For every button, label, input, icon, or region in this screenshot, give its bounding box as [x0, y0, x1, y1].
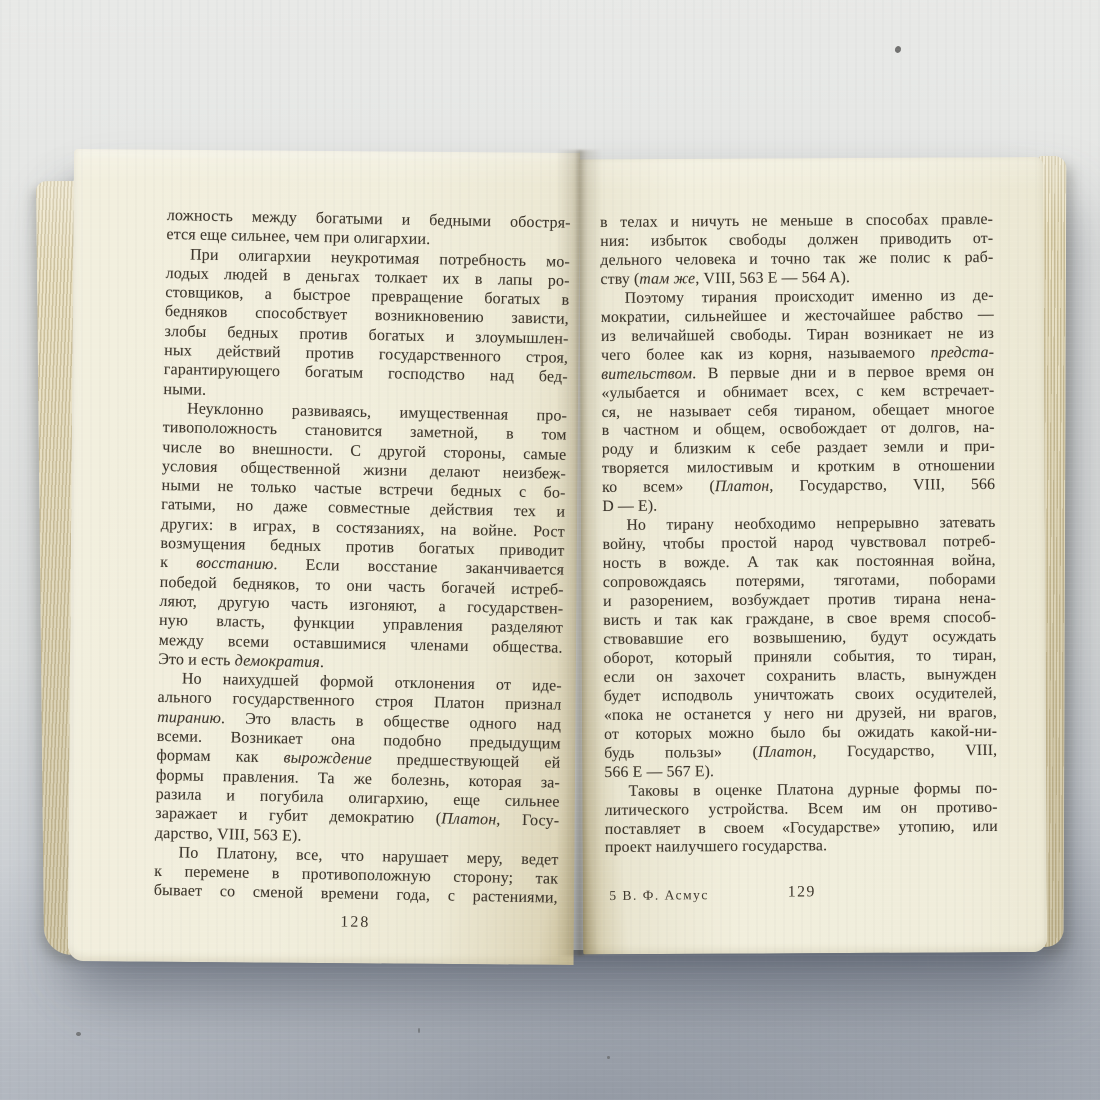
right-page-number: 129: [788, 884, 816, 903]
right-page-footer: 5 В. Ф. Асмус 129: [605, 882, 998, 907]
speck-mark: [894, 45, 902, 54]
text-line: литического устройства. Всем им он проти…: [605, 798, 998, 820]
photo-scene: ложность между богатыми и бедными обостр…: [0, 0, 1100, 1100]
text-line: Таковы в оценке Платона дурные формы по-: [604, 779, 997, 801]
text-line: поставляет в своем «Государстве» утопию,…: [605, 817, 998, 839]
right-page-lines: в телах и ничуть не меньше в способах пр…: [600, 211, 998, 858]
text-line: «улыбается и обнимает всех, с кем встреч…: [601, 381, 994, 403]
text-line: ко всем» (Платон, Государство, VIII, 566: [602, 476, 995, 498]
right-page-text: в телах и ничуть не меньше в способах пр…: [600, 211, 998, 907]
speck-mark: [607, 1056, 610, 1059]
text-line: проект наилучшего государства.: [605, 836, 998, 858]
text-line: дельного человека и точно так же полис к…: [600, 249, 993, 271]
speck-mark: [76, 1032, 81, 1036]
text-line: вительством. В первые дни и в первое вре…: [601, 363, 994, 385]
left-page-lines: ложность между богатыми и бедными обостр…: [154, 206, 571, 908]
left-page-text: ложность между богатыми и бедными обостр…: [153, 206, 571, 936]
text-line: чего более как из корня, называемого пре…: [601, 344, 994, 366]
text-line: будь пользы» (Платон, Государство, VIII,: [604, 742, 997, 764]
speck-mark: [418, 1028, 420, 1033]
printing-signature: 5 В. Ф. Асмус: [609, 887, 709, 907]
